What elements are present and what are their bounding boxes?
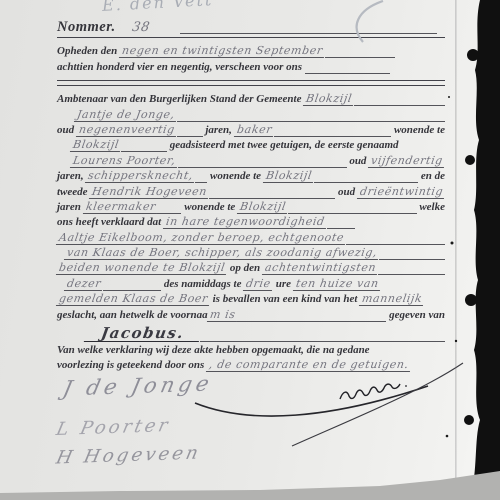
printed-text: gegeven van xyxy=(386,309,445,322)
printed-text: Van welke verklaring wij deze akte hebbe… xyxy=(57,344,370,357)
handwritten-entry: kleermaker xyxy=(82,200,158,214)
ruled-blank xyxy=(195,180,207,183)
line-slot1: Van welke verklaring wij deze akte hebbe… xyxy=(57,342,445,357)
printed-text: Ambtenaar van den Burgerlijken Stand der… xyxy=(57,93,304,106)
ruled-blank xyxy=(378,272,445,275)
ruled-blank xyxy=(209,196,335,199)
line-geslacht: geslacht, aan hetwelk de voornaam is geg… xyxy=(57,306,445,321)
printed-text: voorlezing is geteekend door ons xyxy=(57,359,207,372)
ruled-blank xyxy=(200,339,445,342)
ruled-blank xyxy=(157,211,181,214)
handwritten-entry: achtentwintigsten xyxy=(262,261,379,275)
line-getuige2b: jaren kleermaker wonende te Blokzijl wel… xyxy=(57,199,445,214)
handwritten-entry: Lourens Poorter, xyxy=(70,154,179,168)
printed-text: ons heeft verklaard dat xyxy=(57,216,164,229)
ruled-blank xyxy=(314,180,418,183)
line-comparante: Jantje de Jonge, xyxy=(57,106,445,121)
printed-text: jaren, xyxy=(203,124,235,137)
line-woonplaats: Blokzijl geadsisteerd met twee getuigen,… xyxy=(57,137,445,152)
line-opheden: Opheden den negen en twintigsten Septemb… xyxy=(57,43,445,58)
handwritten-entry: vijfendertig xyxy=(368,154,446,168)
ruled-blank xyxy=(178,165,347,168)
ruled-blank xyxy=(379,257,445,260)
handwritten-entry: negenenveertig xyxy=(76,123,178,137)
ruled-blank xyxy=(180,31,437,34)
line-oud: oud negenenveertig jaren, baker wonende … xyxy=(57,122,445,137)
line-datum: beiden wonende te Blokzijl op den achten… xyxy=(57,260,445,275)
printed-text: Nommer. xyxy=(57,21,116,34)
line-geboorte: gemelden Klaas de Boer is bevallen van e… xyxy=(57,291,445,306)
handwritten-entry: drie xyxy=(243,277,274,291)
handwritten-entry: mannelijk xyxy=(359,292,425,306)
handwritten-entry: Blokzijl xyxy=(237,200,289,214)
pencil-annotation: E. den Vett xyxy=(102,0,214,15)
printed-text: achttien honderd vier en negentig, versc… xyxy=(57,61,305,74)
handwritten-entry: ten huize van xyxy=(293,277,382,291)
ruled-blank xyxy=(325,55,395,58)
handwritten-entry: dezer xyxy=(64,277,104,291)
printed-text: geadsisteerd met twee getuigen, de eerst… xyxy=(167,139,399,152)
handwritten-entry: m is xyxy=(207,308,239,322)
printed-text: welke xyxy=(417,201,445,214)
spacer xyxy=(57,340,85,342)
printed-text: oud xyxy=(335,186,358,199)
handwritten-entry: gemelden Klaas de Boer xyxy=(56,292,211,306)
printed-text: Opheden den xyxy=(57,45,120,58)
horizontal-rule xyxy=(57,37,445,38)
printed-text: jaren, xyxy=(57,170,86,183)
printed-text: en de xyxy=(418,170,445,183)
line-getuige1: Lourens Poorter, oud vijfendertig xyxy=(57,152,445,167)
printed-text: wonende te xyxy=(181,201,238,214)
line-getuige1b: jaren, schippersknecht, wonende te Blokz… xyxy=(57,168,445,183)
handwritten-entry: 38 xyxy=(115,21,181,34)
handwritten-entry: baker xyxy=(234,123,275,137)
line-jaar: achttien honderd vier en negentig, versc… xyxy=(57,58,445,73)
handwritten-entry: Aaltje Eikelboom, zonder beroep, echtgen… xyxy=(56,231,347,245)
handwritten-entry: Jantje de Jonge, xyxy=(74,108,178,122)
scanned-birth-record: E. den Vett Nommer. 38Opheden den negen … xyxy=(0,0,500,500)
handwritten-entry: drieëntwintig xyxy=(357,185,446,199)
printed-text: ure xyxy=(273,278,294,291)
line-vader: van Klaas de Boer, schipper, als zoodani… xyxy=(57,245,445,260)
handwritten-entry: schippersknecht, xyxy=(85,169,196,183)
ruled-blank xyxy=(103,288,161,291)
line-getuige2: tweede Hendrik Hogeveen oud drieëntwinti… xyxy=(57,183,445,198)
spacer xyxy=(395,56,445,58)
printed-text: op den xyxy=(227,262,263,275)
signature-witness1: L Poorter xyxy=(54,415,172,440)
nommer-row: Nommer. 38 xyxy=(57,14,445,34)
line-slot2: voorlezing is geteekend door ons , de co… xyxy=(57,357,445,372)
spacer xyxy=(390,72,445,74)
handwritten-entry: in hare tegenwoordigheid xyxy=(163,215,328,229)
spacer xyxy=(380,289,445,291)
handwritten-entry: Blokzijl xyxy=(303,92,355,106)
ruled-blank xyxy=(121,149,167,152)
ruled-blank xyxy=(274,134,392,137)
section-divider xyxy=(57,80,445,86)
spacer xyxy=(437,32,445,34)
spacer xyxy=(57,120,75,122)
form-content: Nommer. 38Opheden den negen en twintigst… xyxy=(57,14,445,372)
handwritten-entry: Jacobus. xyxy=(84,327,201,342)
signature-witness2: H Hogeveen xyxy=(54,443,203,469)
signature-comparante: J de Jonge xyxy=(61,371,215,400)
document-paper: E. den Vett Nommer. 38Opheden den negen … xyxy=(0,0,500,500)
handwritten-entry: Hendrik Hogeveen xyxy=(89,185,210,199)
spacer xyxy=(355,227,445,229)
printed-text: geslacht, aan hetwelk de voornaa xyxy=(57,309,208,322)
ruled-blank xyxy=(237,319,386,322)
printed-text: oud xyxy=(57,124,77,137)
ruled-blank xyxy=(327,226,355,229)
spacer xyxy=(424,304,445,306)
printed-text: tweede xyxy=(57,186,90,199)
ruled-blank xyxy=(346,242,445,245)
handwritten-entry: negen en twintigsten September xyxy=(119,44,326,58)
line-ambtenaar: Ambtenaar van den Burgerlijken Stand der… xyxy=(57,91,445,106)
line-voornaam: Jacobus. xyxy=(57,322,445,342)
ruled-blank xyxy=(354,103,445,106)
handwritten-entry: Blokzijl xyxy=(263,169,315,183)
ruled-blank xyxy=(288,211,417,214)
printed-text: oud xyxy=(347,155,370,168)
ruled-blank xyxy=(177,119,445,122)
handwritten-entry: van Klaas de Boer, schipper, als zoodani… xyxy=(64,246,380,260)
printed-text: wonende te xyxy=(391,124,445,137)
handwritten-entry: beiden wonende te Blokzijl xyxy=(56,261,228,275)
handwritten-entry: , de comparante en de getuigen. xyxy=(206,358,412,372)
printed-text: is bevallen van een kind van het xyxy=(210,293,360,306)
printed-text: jaren xyxy=(57,201,84,214)
ruled-blank xyxy=(305,71,390,74)
line-verklaring: ons heeft verklaard dat in hare tegenwoo… xyxy=(57,214,445,229)
printed-text: des namiddags te xyxy=(161,278,244,291)
handwritten-entry: Blokzijl xyxy=(70,138,122,152)
printed-text: wonende te xyxy=(207,170,264,183)
line-moeder: Aaltje Eikelboom, zonder beroep, echtgen… xyxy=(57,229,445,244)
line-tijd: dezer des namiddags te drie ure ten huiz… xyxy=(57,275,445,290)
ruled-blank xyxy=(177,134,203,137)
